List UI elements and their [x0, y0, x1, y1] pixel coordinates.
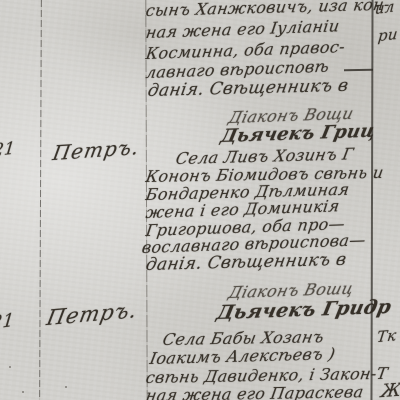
edge-text-fragment: Тк [376, 326, 398, 346]
scanned-register-page: 21 21 Петръ. Петръ. сынъ Ханжковичъ, иза… [0, 0, 400, 400]
scan-speck [65, 386, 67, 388]
handwritten-dash-stroke [344, 69, 373, 72]
name-entry: Петръ. [45, 298, 140, 330]
name-entry: Петръ. [51, 135, 142, 165]
column-rule-right [370, 0, 373, 400]
row-number: 21 [0, 309, 15, 334]
clergy-signature-line: Дьячекъ Гриц [219, 121, 378, 148]
handwritten-line: сынъ Ханжковичъ, иза кон- [145, 0, 392, 20]
handwritten-line: ная жена его Параскева [144, 382, 365, 400]
scan-speck [9, 366, 11, 368]
edge-text-fragment: ил [374, 0, 395, 18]
column-rule-left [39, 0, 42, 400]
edge-text-fragment: Ж [380, 379, 400, 400]
handwritten-line: данія. Свѣщенникъ в [146, 76, 350, 101]
edge-text-fragment: ри [377, 25, 399, 45]
handwritten-line: данія. Свѣщенникъ в [144, 250, 348, 275]
row-number: 21 [0, 139, 16, 162]
scan-speck [22, 391, 24, 393]
